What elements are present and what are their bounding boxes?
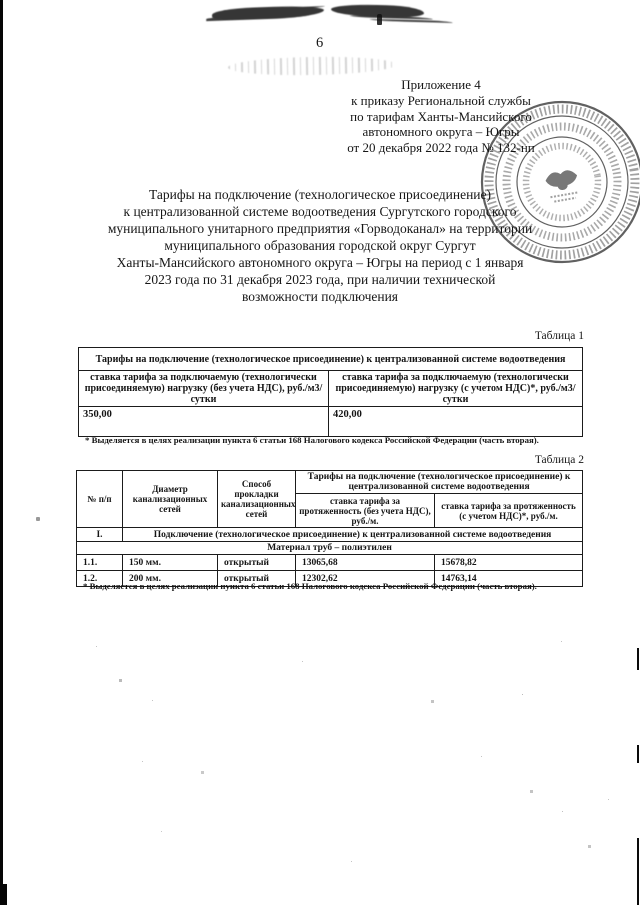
document-title: Тарифы на подключение (технологическое п… [28,186,612,305]
table2-col-header-rate-no-vat: ставка тарифа за протяженность (без учет… [296,494,435,528]
table-row: 1.1. 150 мм. открытый 13065,68 15678,82 [77,555,583,571]
title-line: муниципального унитарного предприятия «Г… [28,220,612,237]
document-page: 6 Приложение 4 к приказу Региональной сл… [0,0,640,905]
scan-mark [377,14,382,25]
table1: Тарифы на подключение (технологическое п… [78,347,583,437]
title-line: 2023 года по 31 декабря 2023 года, при н… [28,271,612,288]
table1-header: Тарифы на подключение (технологическое п… [79,348,583,371]
table2-col-header-num: № п/п [77,471,123,528]
table2-cell-rate-vat: 15678,82 [435,555,583,571]
scan-edge-right [637,838,639,905]
title-line: возможности подключения [28,288,612,305]
title-line: Тарифы на подключение (технологическое п… [28,186,612,203]
table2-cell-rate-no-vat: 13065,68 [296,555,435,571]
table1-value: 420,00 [329,407,583,437]
table1-col-header: ставка тарифа за подключаемую (технологи… [329,371,583,407]
table2-footnote: * Выделяется в целях реализации пункта 6… [83,581,608,591]
table2: № п/п Диаметр канализационных сетей Спос… [76,470,583,587]
table1-value: 350,00 [79,407,329,437]
scan-speck [36,517,40,521]
title-line: Ханты-Мансийского автономного округа – Ю… [28,254,612,271]
table2-col-header-method: Способ прокладки канализационных сетей [218,471,296,528]
table2-section-title: Подключение (технологическое присоединен… [123,528,583,542]
scan-smudge-faint [228,56,396,77]
scan-edge-right [637,745,639,763]
title-line: муниципального образования городской окр… [28,237,612,254]
table2-cell-num: 1.1. [77,555,123,571]
scan-edge-left [0,0,3,905]
table1-label: Таблица 1 [78,330,584,342]
table2-section-num: I. [77,528,123,542]
table2-group-header: Тарифы на подключение (технологическое п… [296,471,583,494]
scan-edge-right [637,648,639,670]
table1-col-header: ставка тарифа за подключаемую (технологи… [79,371,329,407]
appendix-line: Приложение 4 [295,77,587,93]
table2-label: Таблица 2 [76,454,584,466]
table2-cell-method: открытый [218,555,296,571]
table2-col-header-rate-vat: ставка тарифа за протяженность (с учетом… [435,494,583,528]
title-line: к централизованной системе водоотведения… [28,203,612,220]
table1-footnote: * Выделяется в целях реализации пункта 6… [85,435,610,445]
table2-material-row: Материал труб – полиэтилен [77,542,583,555]
table2-col-header-diameter: Диаметр канализационных сетей [123,471,218,528]
page-number: 6 [316,35,323,52]
table2-cell-diameter: 150 мм. [123,555,218,571]
scan-smudge [212,5,324,21]
scan-edge-left-bottom [0,884,7,905]
scan-noise [0,0,1,1]
